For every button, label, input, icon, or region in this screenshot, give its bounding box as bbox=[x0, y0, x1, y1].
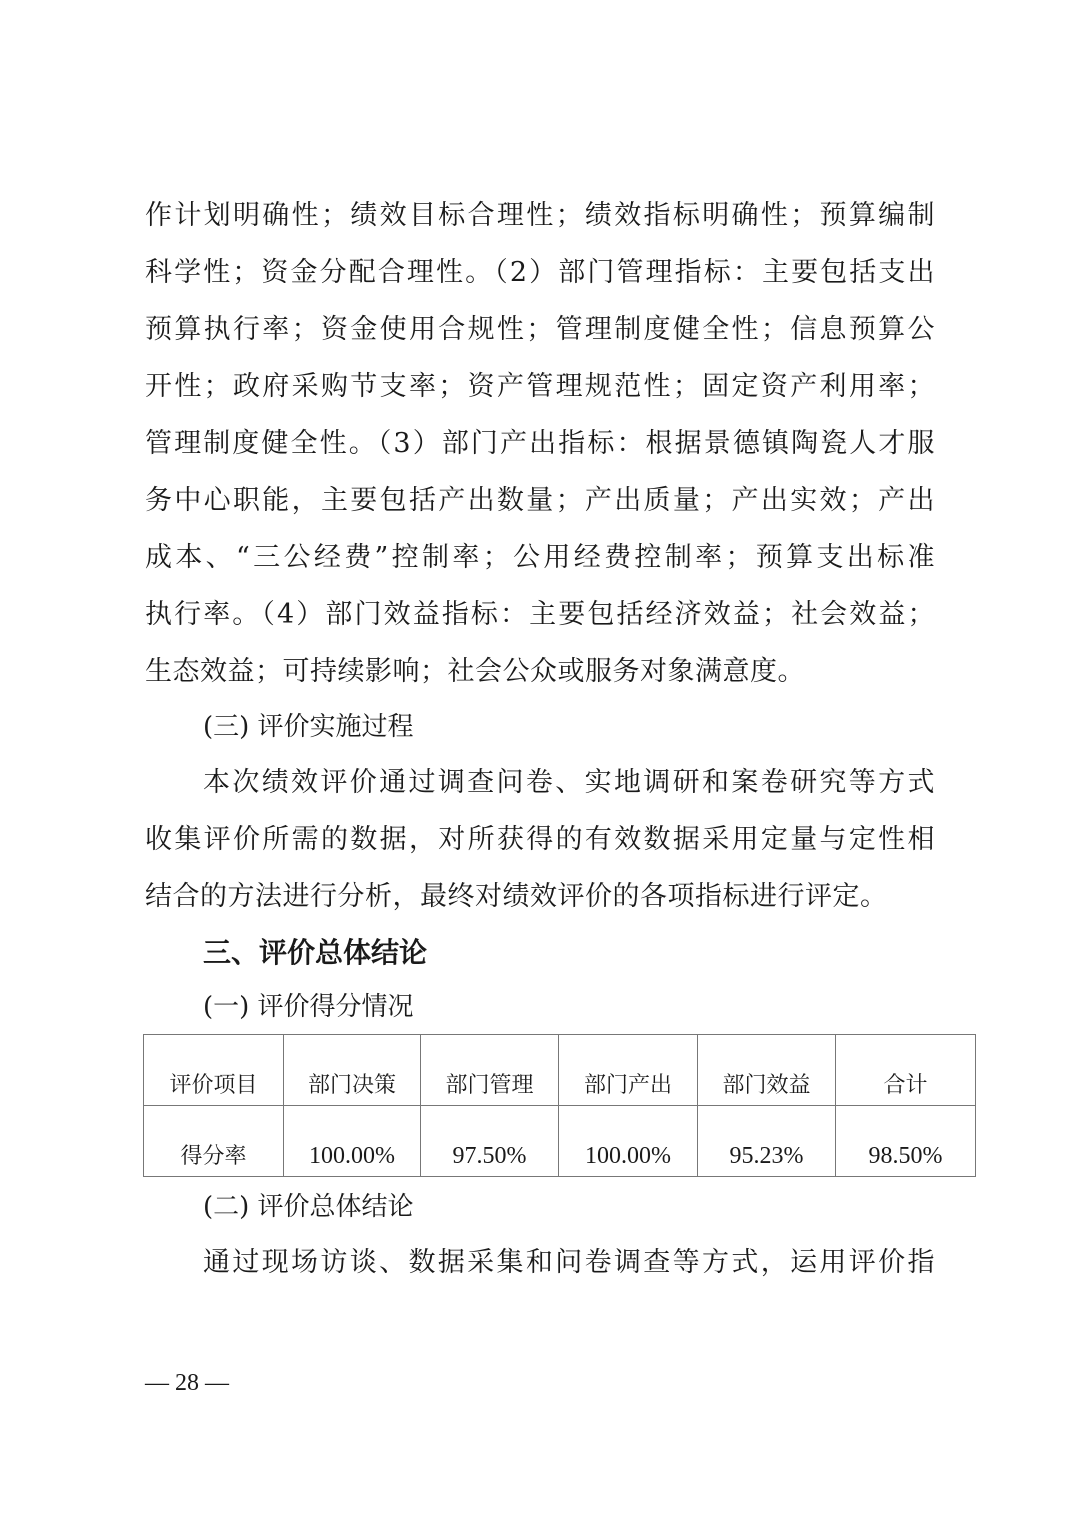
paragraph-line: 作计划明确性；绩效目标合理性；绩效指标明确性；预算编制 bbox=[145, 199, 935, 233]
table-header-cell: 部门效益 bbox=[698, 1035, 836, 1106]
table-header-cell: 合计 bbox=[836, 1035, 976, 1106]
table-cell: 得分率 bbox=[144, 1106, 284, 1177]
paragraph-line: 结合的方法进行分析，最终对绩效评价的各项指标进行评定。 bbox=[145, 880, 935, 914]
table-cell: 98.50% bbox=[836, 1106, 976, 1177]
paragraph-line: 通过现场访谈、数据采集和问卷调查等方式，运用评价指 bbox=[203, 1246, 935, 1280]
table-cell: 100.00% bbox=[559, 1106, 698, 1177]
paragraph-line: 科学性；资金分配合理性。（2）部门管理指标：主要包括支出 bbox=[145, 256, 935, 290]
paragraph-line: 本次绩效评价通过调查问卷、实地调研和案卷研究等方式 bbox=[203, 766, 935, 800]
table-header-row: 评价项目 部门决策 部门管理 部门产出 部门效益 合计 bbox=[144, 1035, 976, 1106]
score-table: 评价项目 部门决策 部门管理 部门产出 部门效益 合计 得分率 100.00% … bbox=[143, 1034, 976, 1177]
section-heading-conclusion: (二) 评价总体结论 bbox=[203, 1190, 414, 1224]
table-row: 得分率 100.00% 97.50% 100.00% 95.23% 98.50% bbox=[144, 1106, 976, 1177]
paragraph-line: 管理制度健全性。（3）部门产出指标：根据景德镇陶瓷人才服 bbox=[145, 427, 935, 461]
paragraph-line: 收集评价所需的数据，对所获得的有效数据采用定量与定性相 bbox=[145, 823, 935, 857]
chapter-heading: 三、评价总体结论 bbox=[203, 935, 427, 971]
paragraph-line: 成本、“三公经费”控制率；公用经费控制率；预算支出标准 bbox=[145, 541, 935, 575]
table-header-cell: 部门产出 bbox=[559, 1035, 698, 1106]
paragraph-line: 生态效益；可持续影响；社会公众或服务对象满意度。 bbox=[145, 655, 935, 689]
section-heading-scores: (一) 评价得分情况 bbox=[203, 990, 414, 1024]
table-header-cell: 评价项目 bbox=[144, 1035, 284, 1106]
table-header-cell: 部门管理 bbox=[421, 1035, 559, 1106]
paragraph-line: 开性；政府采购节支率；资产管理规范性；固定资产利用率； bbox=[145, 370, 935, 404]
table-header-cell: 部门决策 bbox=[284, 1035, 421, 1106]
paragraph-line: 务中心职能，主要包括产出数量；产出质量；产出实效；产出 bbox=[145, 484, 935, 518]
table-cell: 95.23% bbox=[698, 1106, 836, 1177]
table-cell: 100.00% bbox=[284, 1106, 421, 1177]
table-cell: 97.50% bbox=[421, 1106, 559, 1177]
section-heading-implementation: (三) 评价实施过程 bbox=[203, 710, 414, 744]
page-number: — 28 — bbox=[145, 1370, 229, 1397]
paragraph-line: 执行率。（4）部门效益指标：主要包括经济效益；社会效益； bbox=[145, 598, 935, 632]
paragraph-line: 预算执行率；资金使用合规性；管理制度健全性；信息预算公 bbox=[145, 313, 935, 347]
